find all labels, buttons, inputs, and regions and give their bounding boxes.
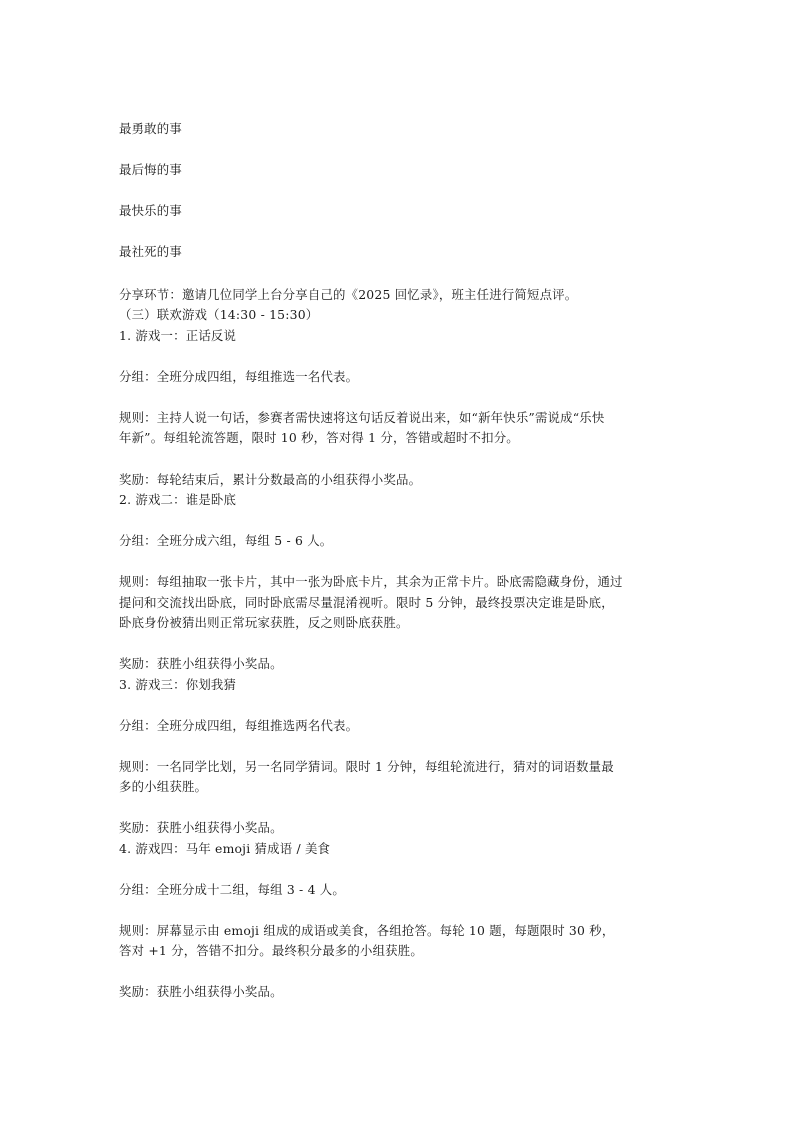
game-4-rules-line-1: 规则：屏幕显示由 emoji 组成的成语或美食，各组抢答。每轮 10 题，每题限… [119,923,614,939]
game-2-grouping: 分组：全班分成六组，每组 5 - 6 人。 [119,533,332,549]
game-2-rules-line-1: 规则：每组抽取一张卡片，其中一张为卧底卡片，其余为正常卡片。卧底需隐藏身份，通过 [119,574,623,590]
game-2-rules-line-3: 卧底身份被猜出则正常玩家获胜，反之则卧底获胜。 [119,615,409,631]
game-1-reward: 奖励：每轮结束后，累计分数最高的小组获得小奖品。 [119,472,421,488]
game-1-rules-line-1: 规则：主持人说一句话，参赛者需快速将这句话反着说出来，如“新年快乐”需说成“乐快 [119,410,604,426]
game-1-grouping: 分组：全班分成四组，每组推选一名代表。 [119,369,358,385]
game-1-heading: 1. 游戏一：正话反说 [119,328,236,344]
section-heading-games: （三）联欢游戏（14:30 - 15:30） [119,307,318,323]
game-3-rules-line-1: 规则：一名同学比划，另一名同学猜词。限时 1 分钟，每组轮流进行，猜对的词语数量… [119,759,614,775]
game-4-rules-line-2: 答对 +1 分，答错不扣分。最终积分最多的小组获胜。 [119,943,423,959]
document-page: 最勇敢的事 最后悔的事 最快乐的事 最社死的事 分享环节：邀请几位同学上台分享自… [0,0,793,1122]
game-4-grouping: 分组：全班分成十二组，每组 3 - 4 人。 [119,882,345,898]
game-2-rules-line-2: 提问和交流找出卧底，同时卧底需尽量混淆视听。限时 5 分钟，最终投票决定谁是卧底… [119,595,614,611]
game-4-heading: 4. 游戏四：马年 emoji 猜成语 / 美食 [119,841,330,857]
list-item-happiest: 最快乐的事 [119,203,182,219]
list-item-embarrassing: 最社死的事 [119,244,182,260]
list-item-regret: 最后悔的事 [119,162,182,178]
game-1-rules-line-2: 年新”。每组轮流答题，限时 10 秒，答对得 1 分，答错或超时不扣分。 [119,430,519,446]
sharing-paragraph: 分享环节：邀请几位同学上台分享自己的《2025 回忆录》，班主任进行简短点评。 [119,287,577,303]
list-item-bravest: 最勇敢的事 [119,121,182,137]
game-3-grouping: 分组：全班分成四组，每组推选两名代表。 [119,718,358,734]
game-2-heading: 2. 游戏二：谁是卧底 [119,492,236,508]
game-2-reward: 奖励：获胜小组获得小奖品。 [119,656,283,672]
game-4-reward: 奖励：获胜小组获得小奖品。 [119,984,283,1000]
game-3-heading: 3. 游戏三：你划我猜 [119,677,236,693]
game-3-reward: 奖励：获胜小组获得小奖品。 [119,820,283,836]
game-3-rules-line-2: 多的小组获胜。 [119,779,207,795]
